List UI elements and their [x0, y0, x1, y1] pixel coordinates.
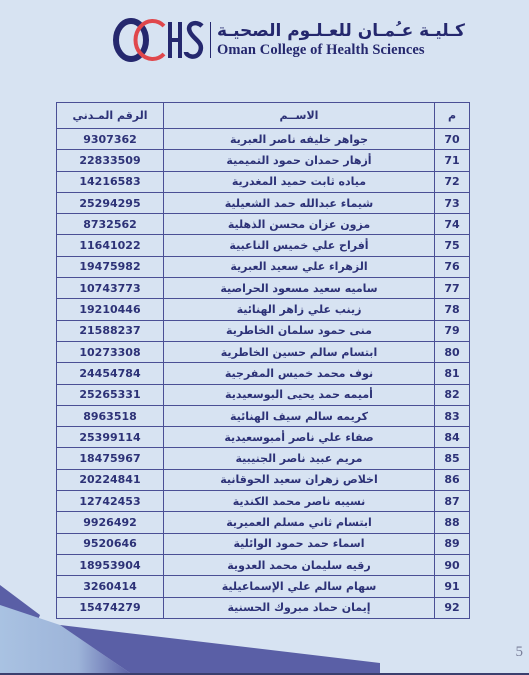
- decorative-footer-shapes: [0, 555, 529, 675]
- index-cell: 71: [435, 150, 470, 171]
- name-cell: ابتسام سالم حسين الخاطرية: [164, 341, 435, 362]
- index-cell: 85: [435, 448, 470, 469]
- index-cell: 83: [435, 405, 470, 426]
- table-row: 11641022أفراح علي خميس الناعبية75: [57, 235, 470, 256]
- civil-number-cell: 9926492: [57, 512, 164, 533]
- name-cell: زينب علي زاهر الهنائية: [164, 299, 435, 320]
- civil-number-cell: 21588237: [57, 320, 164, 341]
- column-header-name: الاســم: [164, 103, 435, 129]
- civil-number-cell: 25399114: [57, 427, 164, 448]
- name-cell: شيماء عبدالله حمد الشعيلية: [164, 192, 435, 213]
- table-row: 25294295شيماء عبدالله حمد الشعيلية73: [57, 192, 470, 213]
- table-row: 25399114صفاء علي ناصر أمبوسعيدية84: [57, 427, 470, 448]
- students-table: الرقم المـدني الاســم م 9307362جواهر خلي…: [56, 102, 470, 619]
- name-cell: جواهر خليفه ناصر العبرية: [164, 129, 435, 150]
- column-header-civil-number: الرقم المـدني: [57, 103, 164, 129]
- index-cell: 84: [435, 427, 470, 448]
- students-table-container: الرقم المـدني الاســم م 9307362جواهر خلي…: [56, 102, 469, 619]
- college-name-arabic: كـليـة عـُمـان للعـلـوم الصحيـة: [217, 23, 465, 40]
- name-cell: نسيبه ناصر محمد الكندية: [164, 491, 435, 512]
- table-row: 22833509أزهار حمدان حمود التميمية71: [57, 150, 470, 171]
- civil-number-cell: 10743773: [57, 278, 164, 299]
- college-name-english: Oman College of Health Sciences: [217, 43, 465, 58]
- table-row: 10743773ساميه سعيد مسعود الحراصية77: [57, 278, 470, 299]
- college-header: كـليـة عـُمـان للعـلـوم الصحيـة Oman Col…: [112, 12, 465, 68]
- index-cell: 87: [435, 491, 470, 512]
- table-row: 9520646اسماء حمد حمود الوائلية89: [57, 533, 470, 554]
- column-header-index: م: [435, 103, 470, 129]
- civil-number-cell: 19475982: [57, 256, 164, 277]
- college-logo-icon: [112, 14, 208, 66]
- index-cell: 72: [435, 171, 470, 192]
- civil-number-cell: 20224841: [57, 469, 164, 490]
- college-name: كـليـة عـُمـان للعـلـوم الصحيـة Oman Col…: [217, 23, 465, 58]
- table-row: 19210446زينب علي زاهر الهنائية78: [57, 299, 470, 320]
- table-row: 19475982الزهراء علي سعيد العبرية76: [57, 256, 470, 277]
- index-cell: 89: [435, 533, 470, 554]
- index-cell: 81: [435, 363, 470, 384]
- name-cell: مريم عبيد ناصر الجنيبية: [164, 448, 435, 469]
- table-row: 24454784نوف محمد خميس المفرجية81: [57, 363, 470, 384]
- index-cell: 86: [435, 469, 470, 490]
- table-row: 8732562مزون عزان محسن الذهلية74: [57, 214, 470, 235]
- civil-number-cell: 8732562: [57, 214, 164, 235]
- index-cell: 70: [435, 129, 470, 150]
- logo-divider: [210, 22, 211, 58]
- civil-number-cell: 12742453: [57, 491, 164, 512]
- civil-number-cell: 11641022: [57, 235, 164, 256]
- civil-number-cell: 25265331: [57, 384, 164, 405]
- table-row: 8963518كريمه سالم سيف الهنائية83: [57, 405, 470, 426]
- civil-number-cell: 19210446: [57, 299, 164, 320]
- civil-number-cell: 18475967: [57, 448, 164, 469]
- table-row: 9926492ابتسام ثاني مسلم العميرية88: [57, 512, 470, 533]
- table-row: 20224841اخلاص زهران سعيد الحوقانية86: [57, 469, 470, 490]
- index-cell: 75: [435, 235, 470, 256]
- name-cell: أزهار حمدان حمود التميمية: [164, 150, 435, 171]
- name-cell: أميمه حمد يحيى البوسعيدية: [164, 384, 435, 405]
- name-cell: مياده ثابت حميد المغدرية: [164, 171, 435, 192]
- civil-number-cell: 22833509: [57, 150, 164, 171]
- index-cell: 74: [435, 214, 470, 235]
- table-row: 21588237منى حمود سلمان الخاطرية79: [57, 320, 470, 341]
- table-row: 14216583مياده ثابت حميد المغدرية72: [57, 171, 470, 192]
- civil-number-cell: 10273308: [57, 341, 164, 362]
- name-cell: نوف محمد خميس المفرجية: [164, 363, 435, 384]
- civil-number-cell: 24454784: [57, 363, 164, 384]
- civil-number-cell: 25294295: [57, 192, 164, 213]
- table-row: 18475967مريم عبيد ناصر الجنيبية85: [57, 448, 470, 469]
- table-row: 10273308ابتسام سالم حسين الخاطرية80: [57, 341, 470, 362]
- table-row: 12742453نسيبه ناصر محمد الكندية87: [57, 491, 470, 512]
- name-cell: صفاء علي ناصر أمبوسعيدية: [164, 427, 435, 448]
- table-row: 25265331أميمه حمد يحيى البوسعيدية82: [57, 384, 470, 405]
- table-row: 9307362جواهر خليفه ناصر العبرية70: [57, 129, 470, 150]
- index-cell: 78: [435, 299, 470, 320]
- civil-number-cell: 14216583: [57, 171, 164, 192]
- index-cell: 77: [435, 278, 470, 299]
- civil-number-cell: 9307362: [57, 129, 164, 150]
- index-cell: 79: [435, 320, 470, 341]
- table-header-row: الرقم المـدني الاســم م: [57, 103, 470, 129]
- civil-number-cell: 8963518: [57, 405, 164, 426]
- name-cell: مزون عزان محسن الذهلية: [164, 214, 435, 235]
- page-number: 5: [516, 644, 524, 661]
- index-cell: 88: [435, 512, 470, 533]
- name-cell: كريمه سالم سيف الهنائية: [164, 405, 435, 426]
- index-cell: 76: [435, 256, 470, 277]
- civil-number-cell: 9520646: [57, 533, 164, 554]
- name-cell: ابتسام ثاني مسلم العميرية: [164, 512, 435, 533]
- index-cell: 80: [435, 341, 470, 362]
- name-cell: ساميه سعيد مسعود الحراصية: [164, 278, 435, 299]
- name-cell: منى حمود سلمان الخاطرية: [164, 320, 435, 341]
- name-cell: اخلاص زهران سعيد الحوقانية: [164, 469, 435, 490]
- index-cell: 73: [435, 192, 470, 213]
- name-cell: أفراح علي خميس الناعبية: [164, 235, 435, 256]
- name-cell: اسماء حمد حمود الوائلية: [164, 533, 435, 554]
- index-cell: 82: [435, 384, 470, 405]
- name-cell: الزهراء علي سعيد العبرية: [164, 256, 435, 277]
